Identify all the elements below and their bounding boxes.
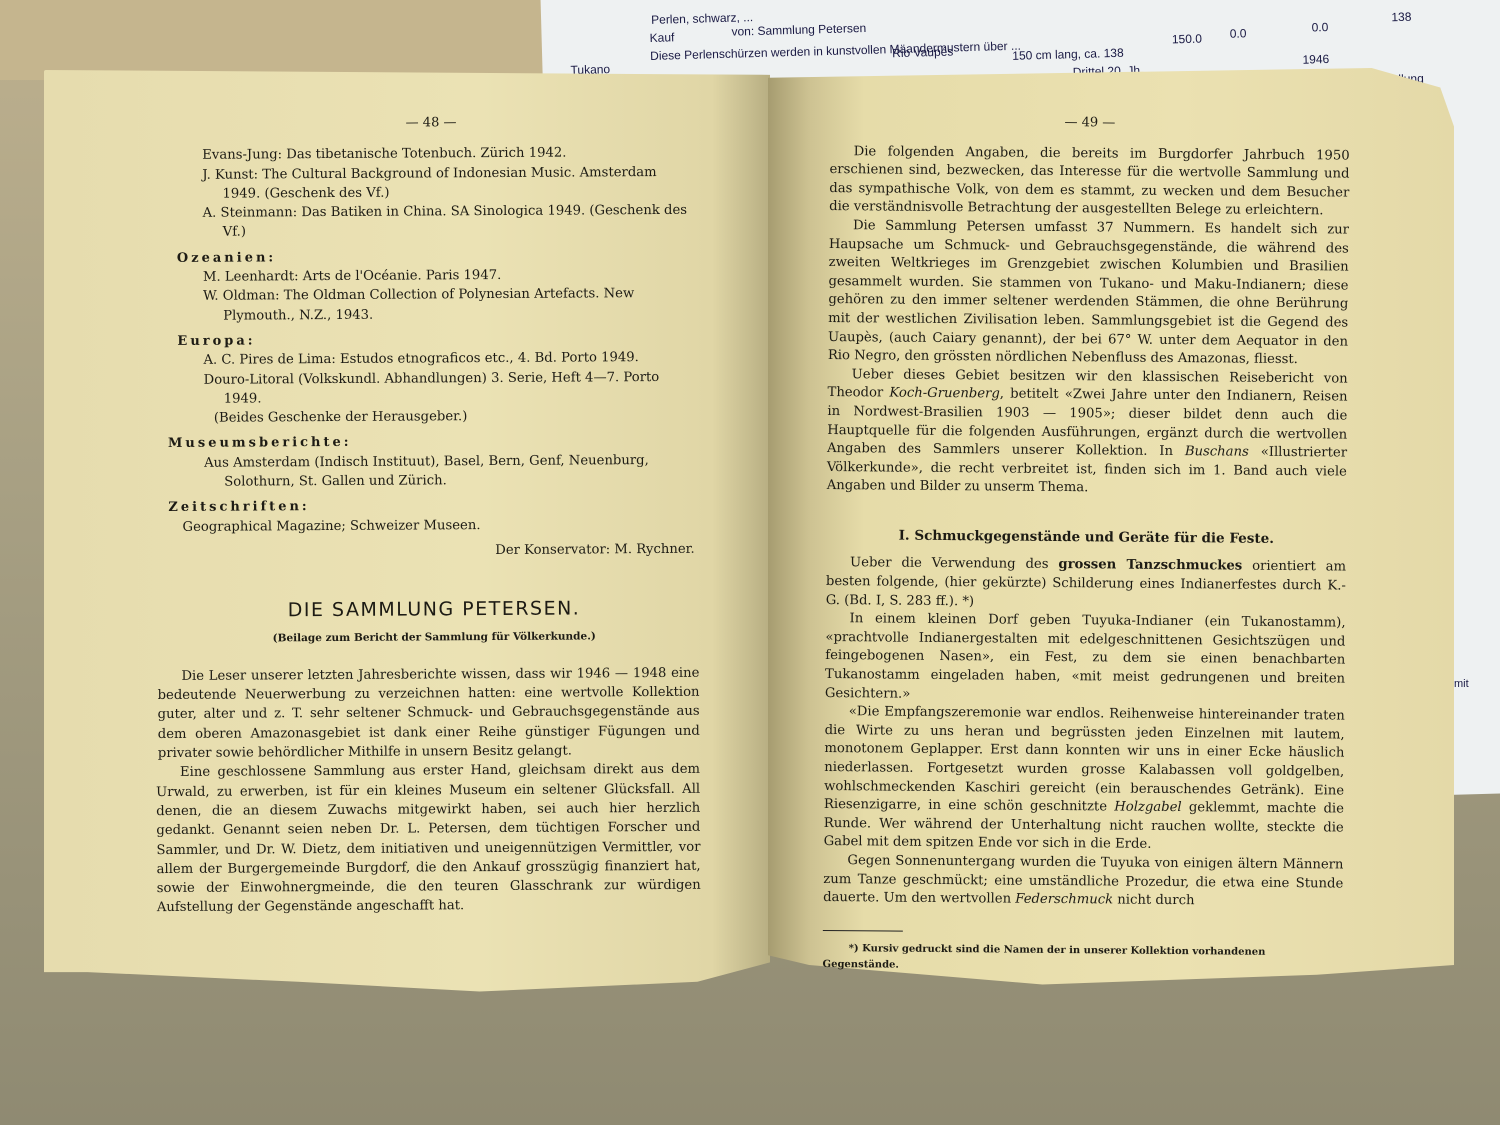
bold-term: grossen Tanzschmuckes	[1058, 557, 1242, 574]
paragraph: Eine geschlossene Sammlung aus erster Ha…	[156, 760, 701, 918]
article-title: DIE SAMMLUNG PETERSEN.	[169, 599, 699, 622]
italic-name: Buschans	[1185, 444, 1249, 460]
paragraph: Ueber dieses Gebiet besitzen wir den kla…	[827, 366, 1348, 501]
italic-name: Federschmuck	[1015, 892, 1113, 908]
paragraph: Die Leser unserer letzten Jahresberichte…	[157, 664, 700, 764]
paragraph: Ueber die Verwendung des grossen Tanzsch…	[826, 554, 1346, 614]
italic-name: Koch-Gruenberg	[889, 386, 1000, 402]
footnote-rule	[823, 930, 903, 932]
bibliography-entry: Douro-Litoral (Volkskundl. Abhandlungen)…	[168, 367, 698, 409]
paragraph: In einem kleinen Dorf geben Tuyuka-India…	[825, 610, 1346, 708]
text-run: nicht durch	[1113, 893, 1195, 909]
text-run: Ueber die Verwendung des	[850, 556, 1058, 573]
left-page-text: — 48 — Evans-Jung: Das tibetanische Tote…	[166, 112, 701, 918]
bibliography-entry: J. Kunst: The Cultural Background of Ind…	[166, 162, 696, 204]
article-subtitle: (Beilage zum Bericht der Sammlung für Vö…	[169, 626, 699, 649]
section-heading: I. Schmuckgegenstände und Geräte für die…	[826, 526, 1346, 549]
page-number: — 48 —	[166, 112, 696, 135]
italic-name: Holzgabel	[1114, 800, 1182, 816]
bibliography-entry: A. C. Pires de Lima: Estudos etnografico…	[167, 348, 697, 371]
bibliography-note: (Beides Geschenke der Herausgeber.)	[168, 406, 698, 429]
bibliography-entry: A. Steinmann: Das Batiken in China. SA S…	[167, 201, 697, 243]
bibliography-entry: Geographical Magazine; Schweizer Museen.	[168, 514, 698, 537]
bibliography-entry: Aus Amsterdam (Indisch Instituut), Basel…	[168, 451, 698, 493]
paragraph: Gegen Sonnenuntergang wurden die Tuyuka …	[823, 852, 1343, 912]
paragraph: Die folgenden Angaben, die bereits im Bu…	[829, 143, 1350, 222]
text-run: «Die Empfangszeremonie war endlos. Reihe…	[824, 704, 1345, 814]
signature: Der Konservator: M. Rychner.	[169, 540, 699, 563]
footnote: *) Kursiv gedruckt sind die Namen der in…	[822, 941, 1342, 978]
paragraph: «Die Empfangszeremonie war endlos. Reihe…	[824, 703, 1345, 856]
right-page-text: — 49 — Die folgenden Angaben, die bereit…	[822, 112, 1349, 977]
page-number: — 49 —	[830, 112, 1350, 135]
open-booklet: — 48 — Evans-Jung: Das tibetanische Tote…	[0, 0, 1500, 1125]
paragraph: Die Sammlung Petersen umfasst 37 Nummern…	[828, 217, 1349, 370]
bibliography-entry: W. Oldman: The Oldman Collection of Poly…	[167, 284, 697, 326]
